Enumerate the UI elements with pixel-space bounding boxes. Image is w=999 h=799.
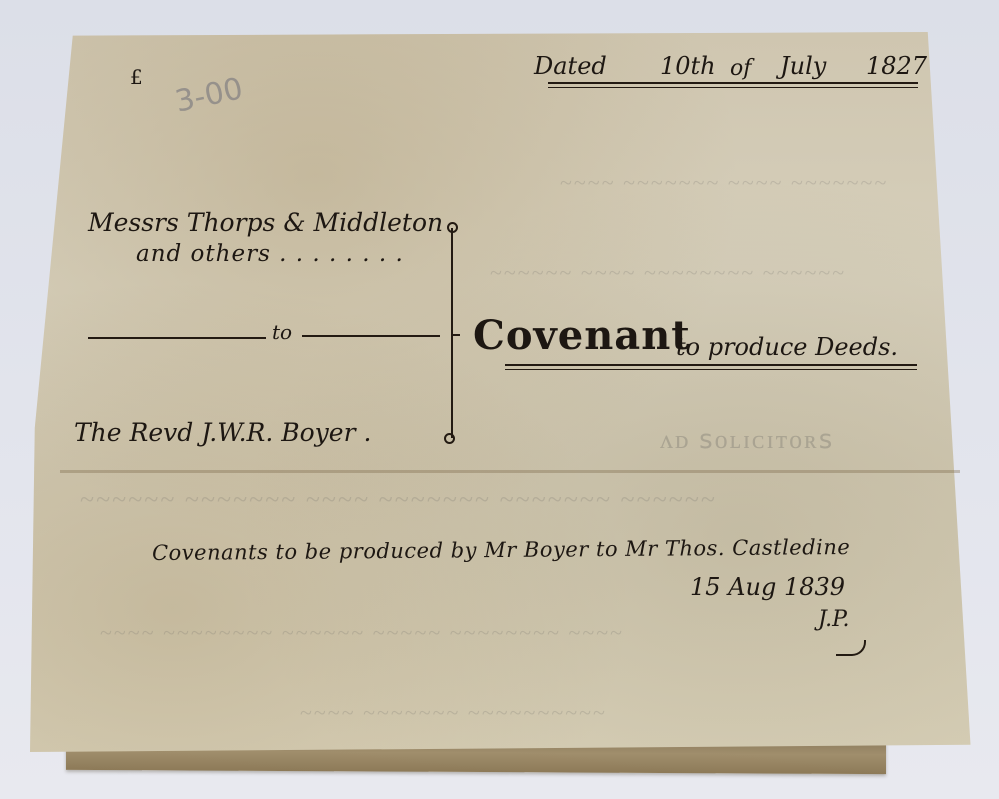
dated-label: Dated	[534, 52, 607, 80]
dated-month: July	[780, 52, 826, 80]
dated-year: 1827	[866, 52, 927, 80]
show-through-text: ~~~~ ~~~~~~~~ ~~~~~~ ~~~~~ ~~~~~~~~ ~~~~	[100, 620, 624, 646]
second-party: The Revd J.W.R. Boyer .	[74, 418, 371, 447]
bracket-top-loop	[447, 222, 458, 233]
show-through-text: ~~~~~~ ~~~~ ~~~~~~~~ ~~~~~~	[490, 260, 846, 286]
dated-of: of	[730, 56, 751, 81]
endorsement-initials: J.P.	[818, 607, 849, 632]
first-party: Messrs Thorps & Middleton	[88, 208, 443, 237]
corner-mark: £	[130, 65, 143, 89]
show-through-text: ~~~~ ~~~~~~~ ~~~~~~~~~~	[300, 700, 607, 726]
first-party-continued: and others . . . . . . . .	[136, 241, 404, 267]
dated-day: 10th	[660, 52, 716, 80]
dated-underline	[548, 82, 918, 84]
party-bracket	[451, 228, 453, 438]
connector-to: to	[272, 320, 292, 344]
title-underline	[505, 364, 917, 366]
title-rest: to produce Deeds.	[676, 333, 898, 361]
bracket-point	[452, 334, 460, 336]
connector-rule-right	[302, 335, 440, 337]
dated-underline-2	[548, 87, 918, 88]
show-through-text: ~~~~ ~~~~~~~ ~~~~ ~~~~~~~	[560, 170, 888, 196]
title-underline-2	[505, 369, 917, 370]
title-covenant: Covenant	[473, 312, 691, 359]
fold-crease	[60, 470, 960, 473]
bracket-bottom-loop	[444, 433, 455, 444]
show-through-text: ~~~~~~ ~~~~~~~ ~~~~ ~~~~~~~ ~~~~~~~ ~~~~…	[80, 485, 717, 515]
connector-rule-left	[88, 337, 266, 339]
show-through-text: ᴧᴅ ꜱᴏʟɪᴄɪᴛᴏʀꜱ	[660, 425, 834, 455]
endorsement-date: 15 Aug 1839	[690, 573, 845, 601]
